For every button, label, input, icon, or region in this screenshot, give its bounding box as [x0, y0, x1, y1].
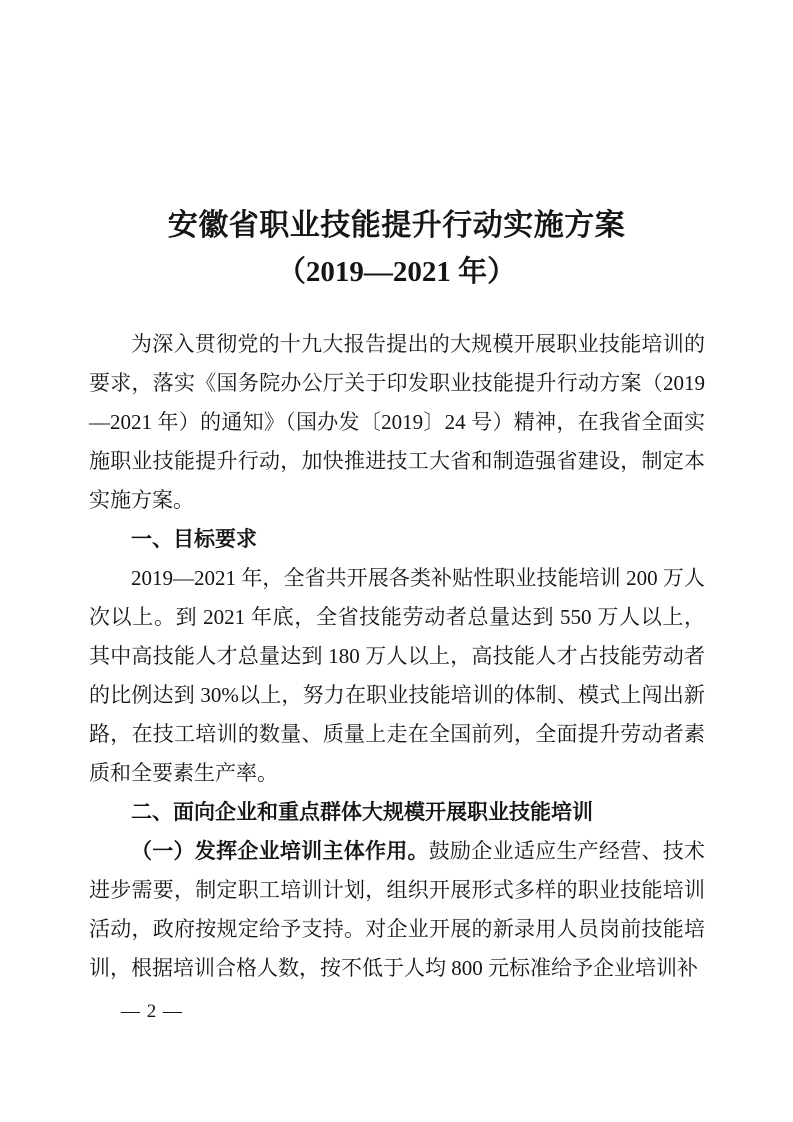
document-title: 安徽省职业技能提升行动实施方案 （2019—2021 年） — [0, 202, 793, 296]
page-footer: — 2 — — [121, 1000, 183, 1024]
page-number: — 2 — — [121, 1001, 183, 1022]
document-body: 为深入贯彻党的十九大报告提出的大规模开展职业技能培训的要求，落实《国务院办公厅关… — [89, 325, 705, 988]
paragraph-enterprise-training-lead: （一）发挥企业培训主体作用。 — [131, 839, 429, 863]
paragraph-intro: 为深入贯彻党的十九大报告提出的大规模开展职业技能培训的要求，落实《国务院办公厅关… — [89, 325, 705, 520]
paragraph-enterprise-training: （一）发挥企业培训主体作用。鼓励企业适应生产经营、技术进步需要，制定职工培训计划… — [89, 832, 705, 988]
document-title-line1: 安徽省职业技能提升行动实施方案 — [0, 202, 793, 249]
document-title-year-line: （2019—2021 年） — [0, 249, 793, 296]
section-heading-goals: 一、目标要求 — [89, 520, 705, 559]
document-page: 安徽省职业技能提升行动实施方案 （2019—2021 年） 为深入贯彻党的十九大… — [0, 0, 793, 1122]
section-heading-enterprise-training: 二、面向企业和重点群体大规模开展职业技能培训 — [89, 793, 705, 832]
paragraph-goals: 2019—2021 年，全省共开展各类补贴性职业技能培训 200 万人次以上。到… — [89, 559, 705, 793]
